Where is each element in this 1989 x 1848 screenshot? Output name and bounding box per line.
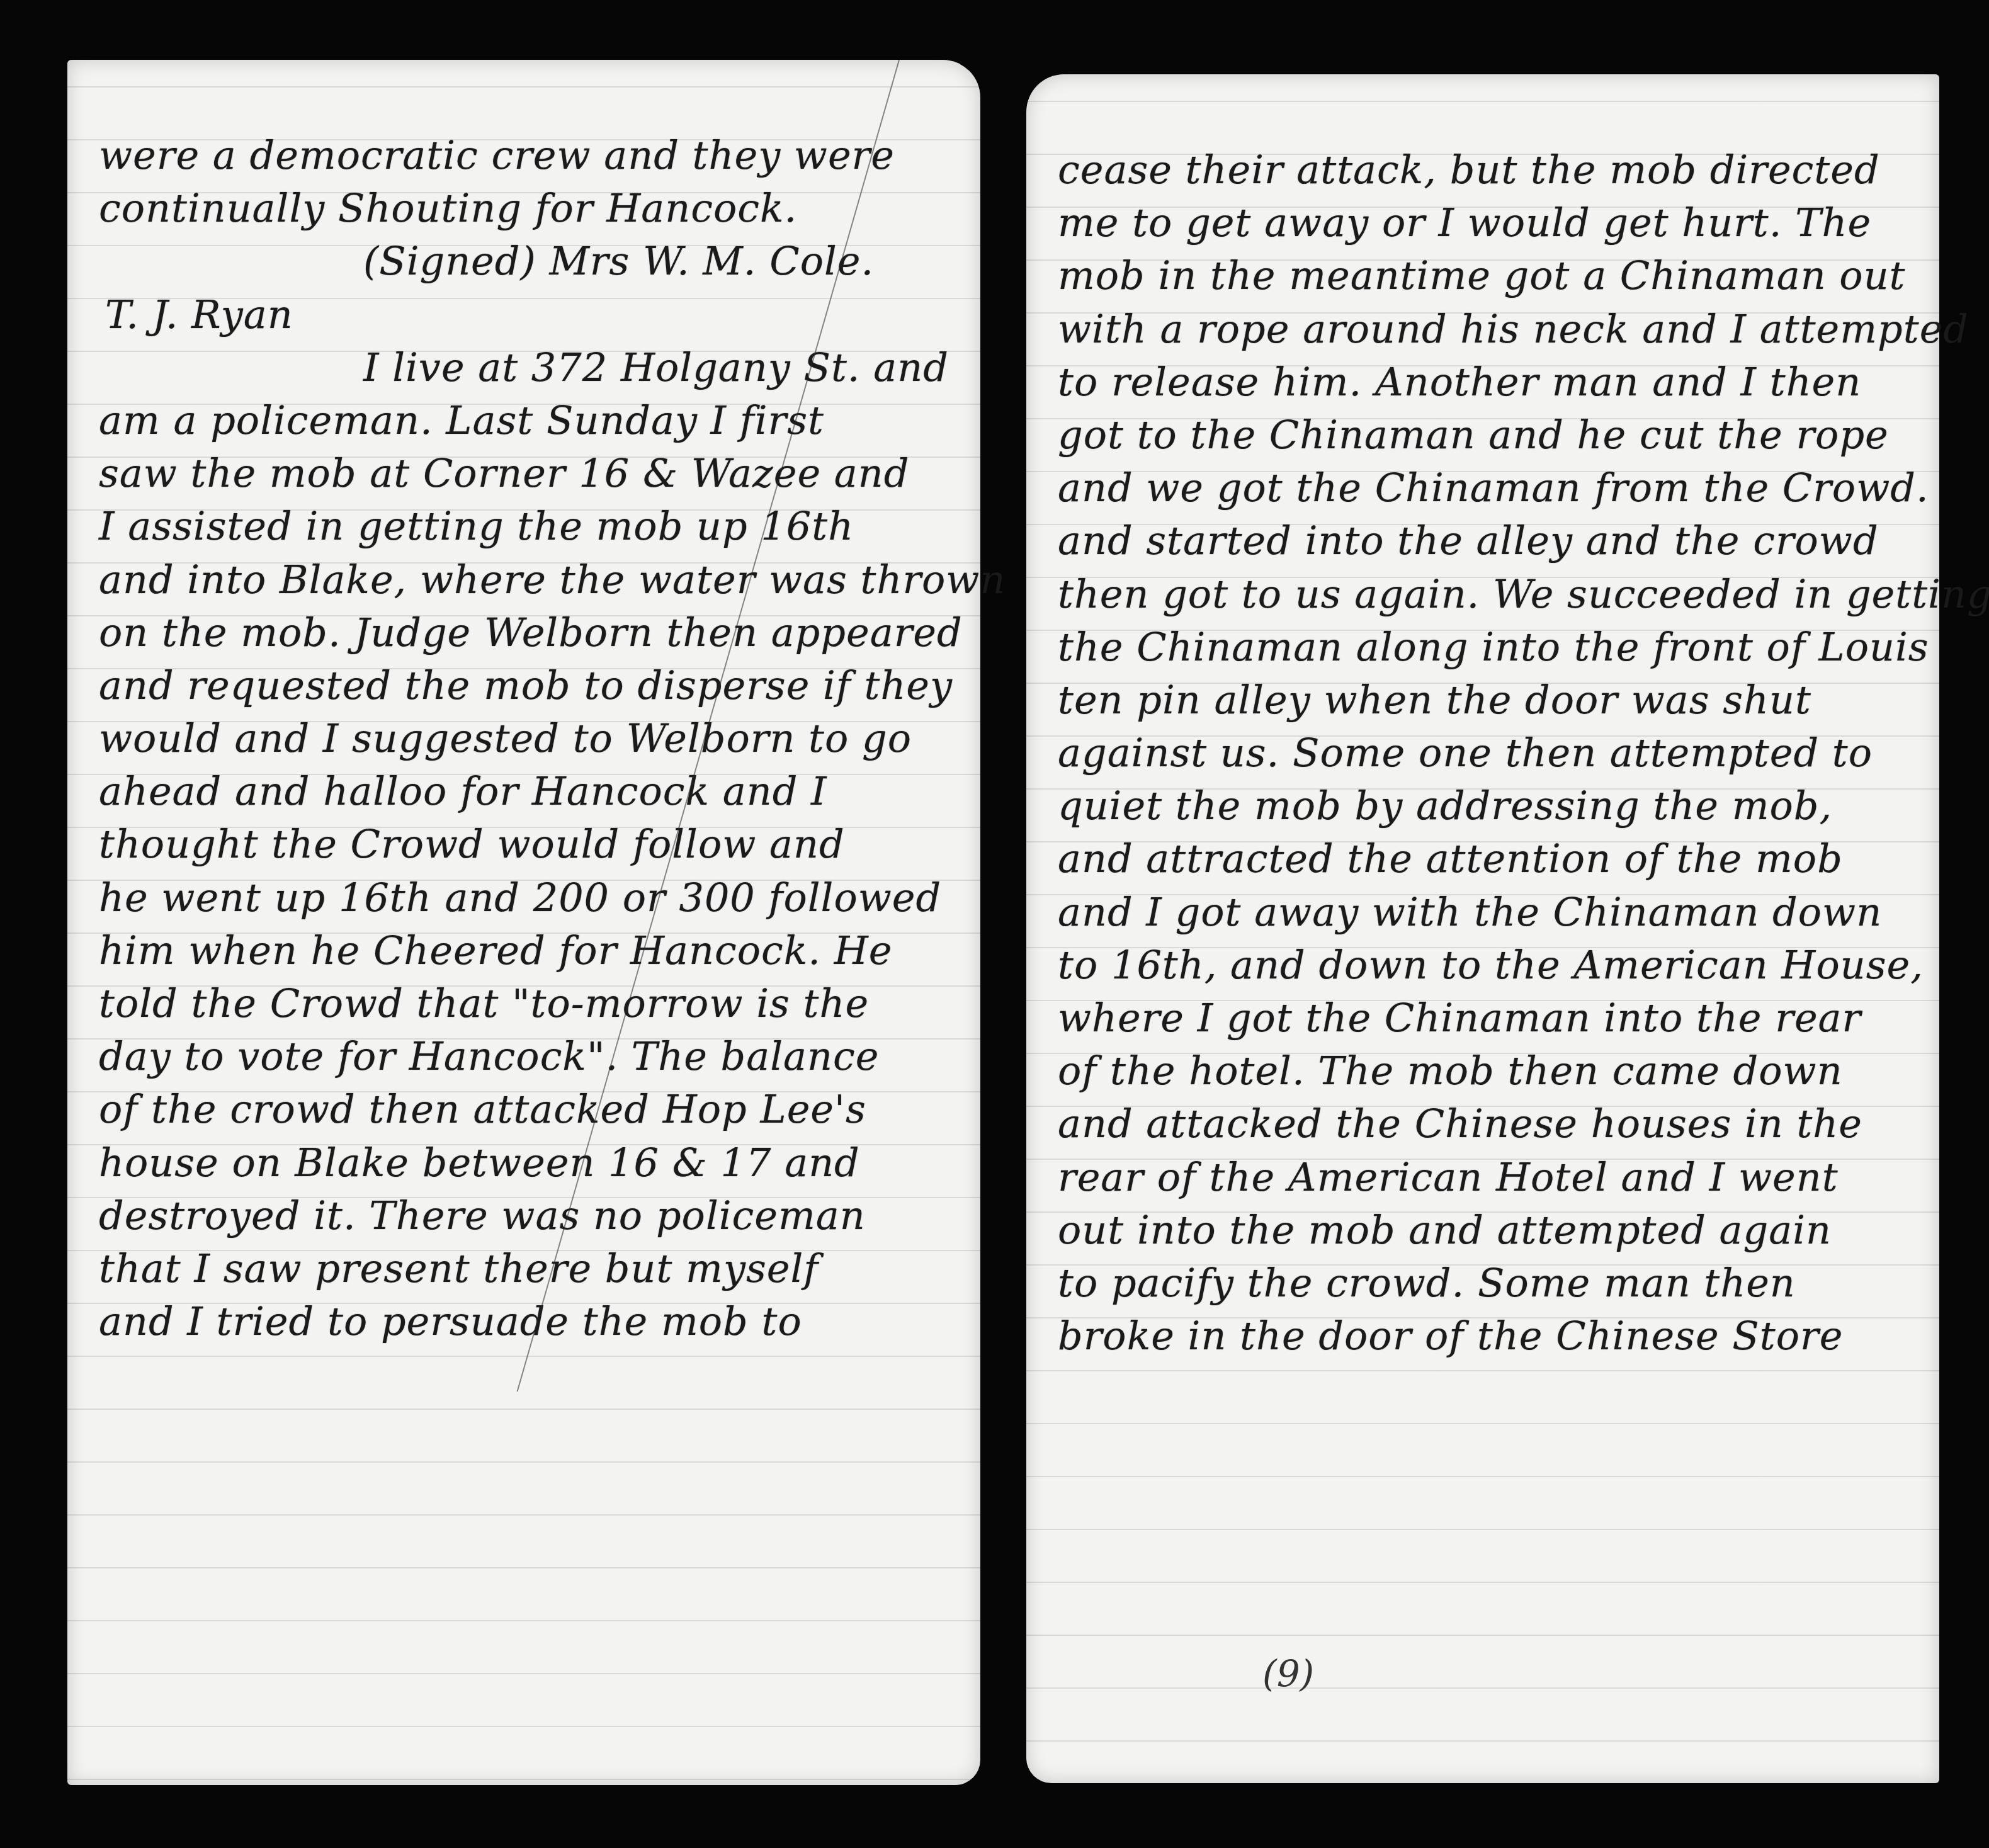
text-line: thought the Crowd would follow and bbox=[99, 818, 955, 871]
left-page: were a democratic crew and they were con… bbox=[67, 60, 980, 1785]
text-line: with a rope around his neck and I attemp… bbox=[1058, 303, 1914, 356]
text-line: broke in the door of the Chinese Store bbox=[1058, 1310, 1914, 1363]
page-number: (9) bbox=[1262, 1652, 1314, 1695]
witness-name: T. J. Ryan bbox=[99, 288, 955, 341]
text-line: and attracted the attention of the mob bbox=[1058, 832, 1914, 885]
right-page: cease their attack, but the mob directed… bbox=[1026, 74, 1939, 1783]
text-line: got to the Chinaman and he cut the rope bbox=[1058, 409, 1914, 462]
microfilm-background: were a democratic crew and they were con… bbox=[0, 0, 1989, 1848]
text-line: where I got the Chinaman into the rear bbox=[1058, 992, 1914, 1045]
text-line: and we got the Chinaman from the Crowd. bbox=[1058, 462, 1914, 514]
text-line: cease their attack, but the mob directed bbox=[1058, 144, 1914, 196]
text-line: to release him. Another man and I then bbox=[1058, 356, 1914, 409]
signature-line: (Signed) Mrs W. M. Cole. bbox=[99, 235, 955, 288]
text-line: on the mob. Judge Welborn then appeared bbox=[99, 606, 955, 659]
text-line: told the Crowd that "to-morrow is the bbox=[99, 977, 955, 1030]
text-line: mob in the meantime got a Chinaman out bbox=[1058, 249, 1914, 302]
left-page-text: were a democratic crew and they were con… bbox=[99, 129, 955, 1348]
text-line: and started into the alley and the crowd bbox=[1058, 514, 1914, 567]
text-line: that I saw present there but myself bbox=[99, 1242, 955, 1295]
text-line: quiet the mob by addressing the mob, bbox=[1058, 779, 1914, 832]
text-line: saw the mob at Corner 16 & Wazee and bbox=[99, 447, 955, 500]
text-line: and into Blake, where the water was thro… bbox=[99, 553, 955, 606]
text-line: continually Shouting for Hancock. bbox=[99, 182, 955, 235]
text-line: rear of the American Hotel and I went bbox=[1058, 1151, 1914, 1204]
text-line: ahead and halloo for Hancock and I bbox=[99, 765, 955, 818]
text-line: am a policeman. Last Sunday I first bbox=[99, 394, 955, 447]
text-line: to 16th, and down to the American House, bbox=[1058, 939, 1914, 992]
right-page-text: cease their attack, but the mob directed… bbox=[1058, 144, 1914, 1363]
text-line: I assisted in getting the mob up 16th bbox=[99, 500, 955, 553]
text-line: out into the mob and attempted again bbox=[1058, 1204, 1914, 1257]
text-line: and attacked the Chinese houses in the bbox=[1058, 1097, 1914, 1150]
text-line: and requested the mob to disperse if the… bbox=[99, 659, 955, 712]
text-line: of the hotel. The mob then came down bbox=[1058, 1045, 1914, 1097]
text-line: then got to us again. We succeeded in ge… bbox=[1058, 568, 1914, 621]
text-line: against us. Some one then attempted to bbox=[1058, 727, 1914, 779]
text-line: day to vote for Hancock". The balance bbox=[99, 1030, 955, 1083]
text-line: he went up 16th and 200 or 300 followed bbox=[99, 871, 955, 924]
text-line: house on Blake between 16 & 17 and bbox=[99, 1137, 955, 1189]
text-line: I live at 372 Holgany St. and bbox=[99, 341, 955, 394]
text-line: destroyed it. There was no policeman bbox=[99, 1189, 955, 1242]
text-line: would and I suggested to Welborn to go bbox=[99, 712, 955, 765]
text-line: were a democratic crew and they were bbox=[99, 129, 955, 182]
text-line: ten pin alley when the door was shut bbox=[1058, 674, 1914, 727]
text-line: to pacify the crowd. Some man then bbox=[1058, 1257, 1914, 1310]
text-line: him when he Cheered for Hancock. He bbox=[99, 924, 955, 977]
text-line: me to get away or I would get hurt. The bbox=[1058, 196, 1914, 249]
text-line: the Chinaman along into the front of Lou… bbox=[1058, 621, 1914, 674]
text-line: and I tried to persuade the mob to bbox=[99, 1295, 955, 1348]
text-line: and I got away with the Chinaman down bbox=[1058, 886, 1914, 939]
text-line: of the crowd then attacked Hop Lee's bbox=[99, 1083, 955, 1136]
